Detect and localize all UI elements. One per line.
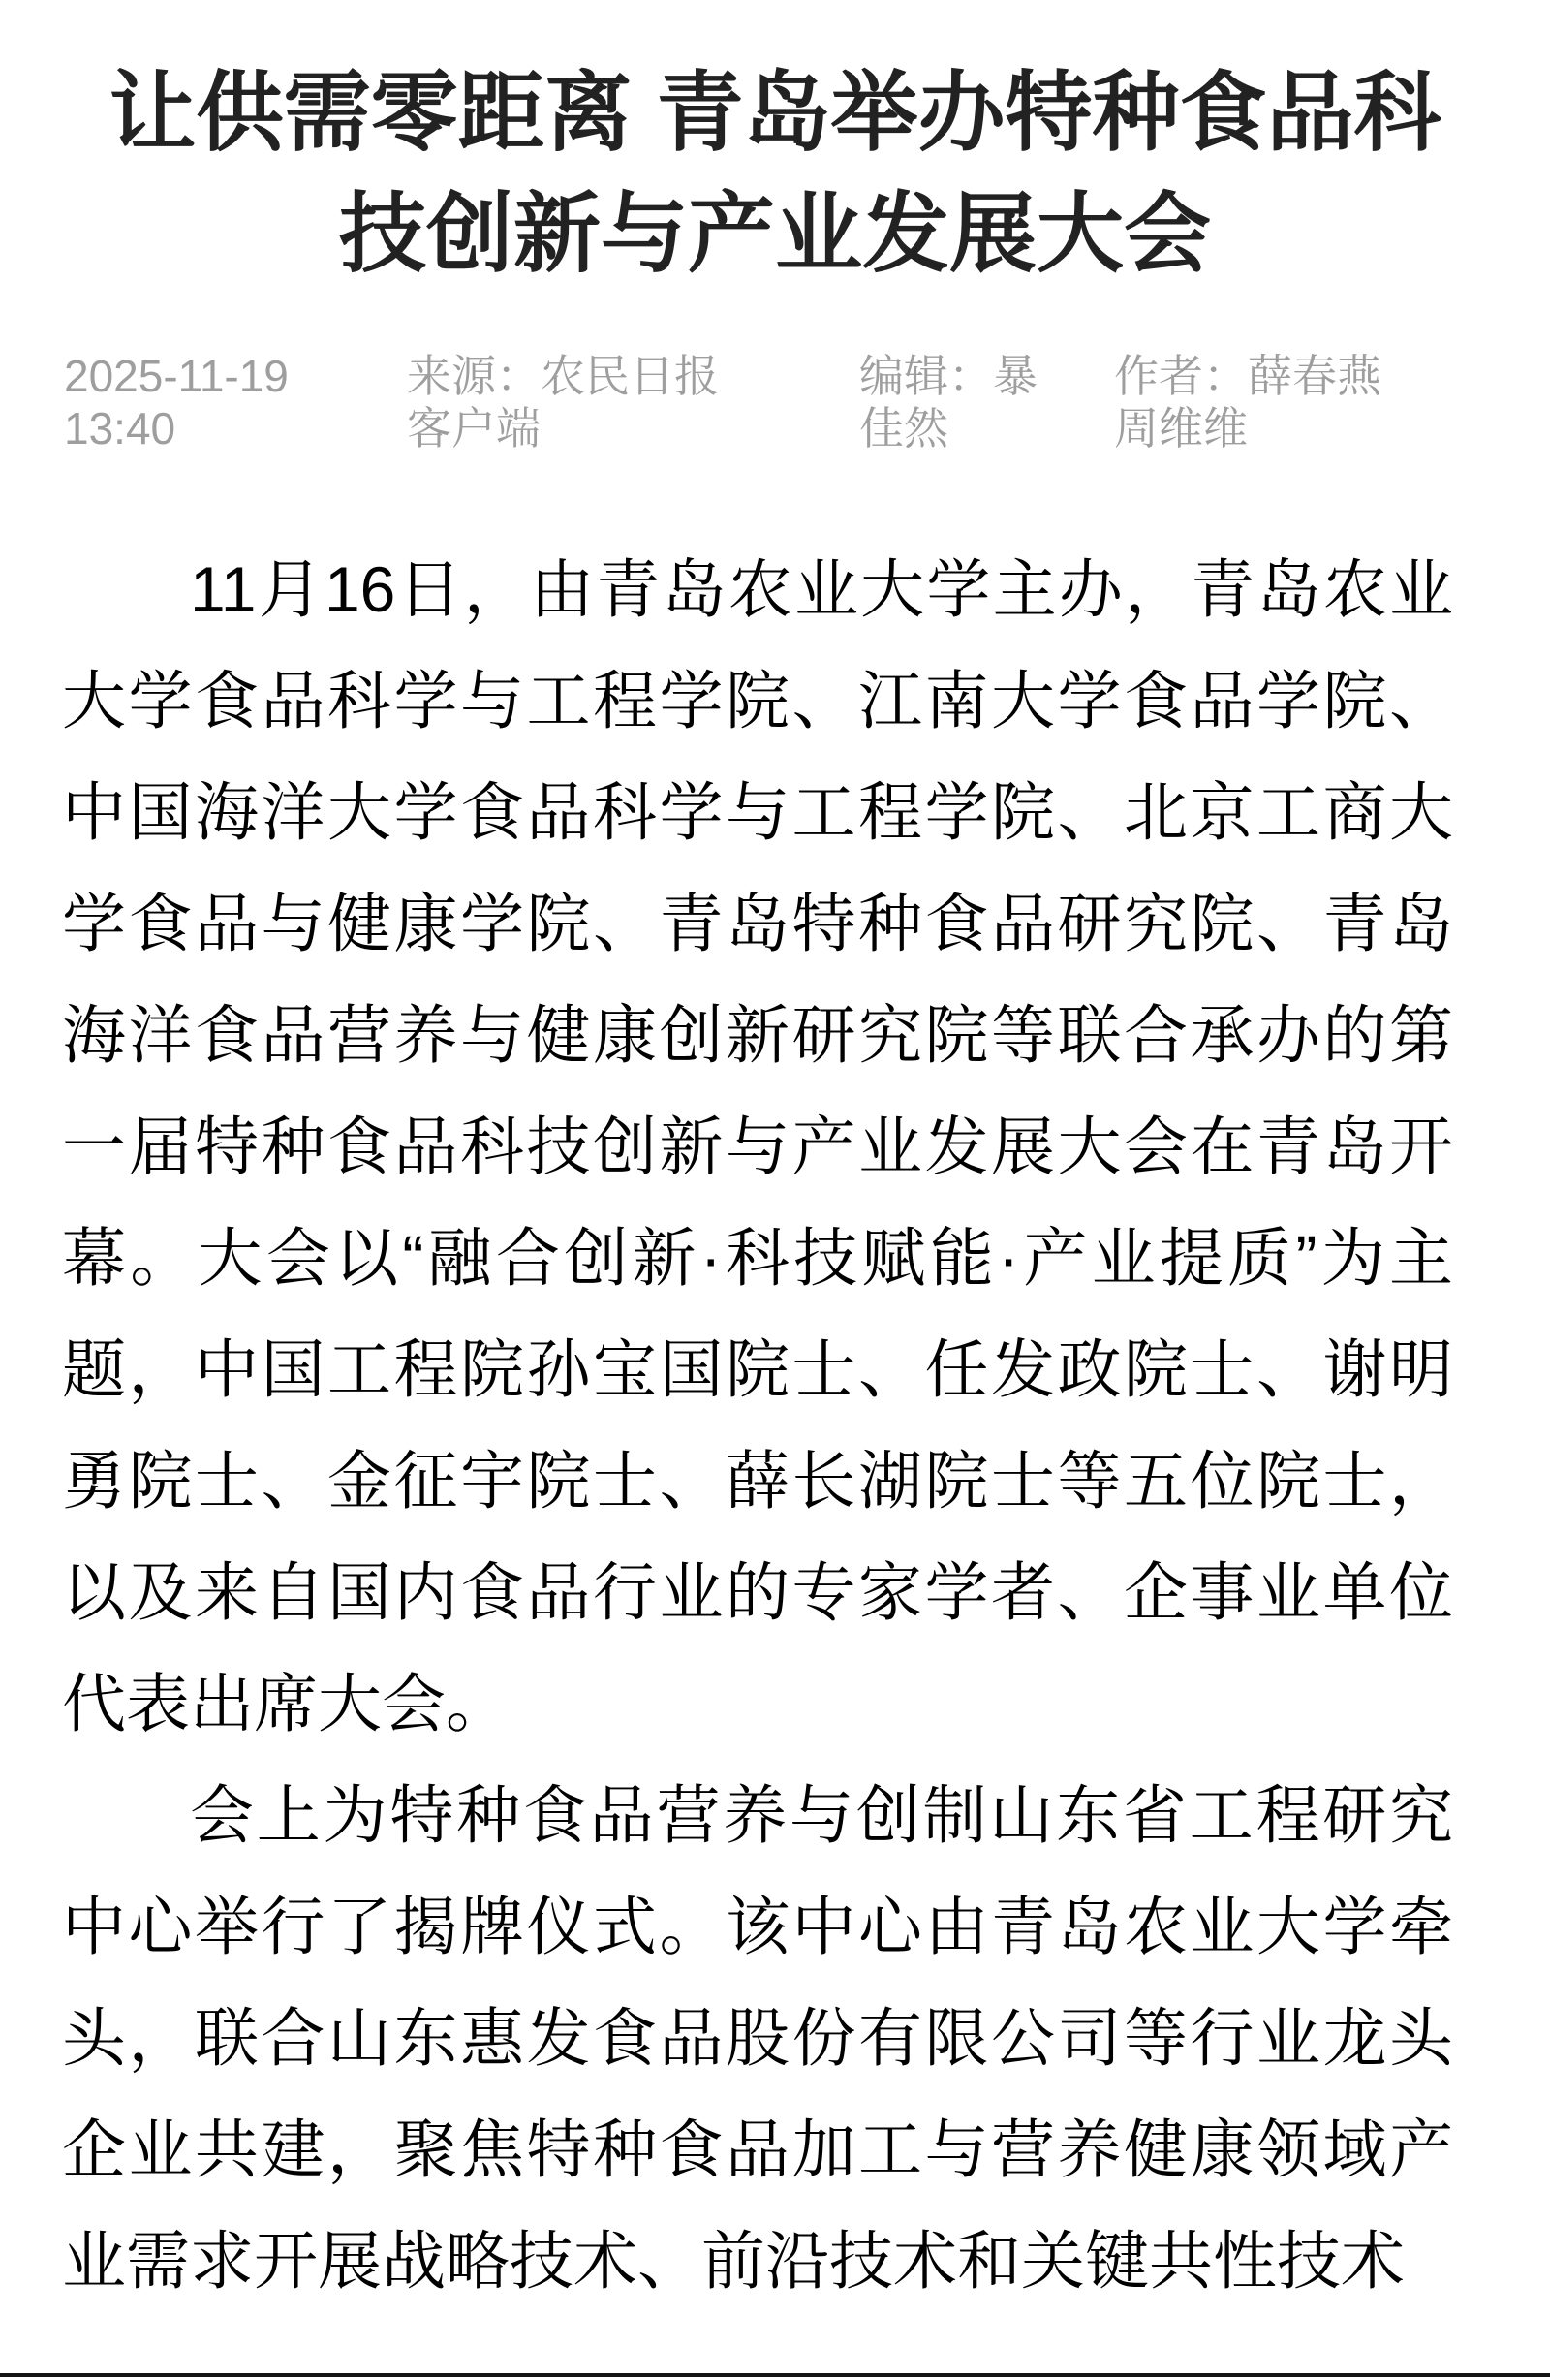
bottom-divider: [0, 2373, 1550, 2377]
article-paragraph: 11月16日，由青岛农业大学主办，青岛农业大学食品科学与工程学院、江南大学食品学…: [62, 534, 1453, 1760]
publish-datetime: 2025-11-19 13:40: [64, 350, 306, 454]
article-title: 让供需零距离 青岛举办特种食品科技创新与产业发展大会: [0, 0, 1550, 296]
article-paragraph: 会上为特种食品营养与创制山东省工程研究中心举行了揭牌仪式。该中心由青岛农业大学牵…: [62, 1760, 1453, 2317]
source-label: 来源：农民日报客户端: [407, 350, 736, 454]
article: 让供需零距离 青岛举办特种食品科技创新与产业发展大会 2025-11-19 13…: [0, 0, 1550, 2380]
editor-label: 编辑：暴佳然: [859, 350, 1048, 454]
article-body: 11月16日，由青岛农业大学主办，青岛农业大学食品科学与工程学院、江南大学食品学…: [0, 534, 1550, 2317]
author-label: 作者：薛春燕 周维维: [1114, 350, 1424, 454]
article-meta-row: 2025-11-19 13:40 来源：农民日报客户端 编辑：暴佳然 作者：薛春…: [0, 350, 1550, 454]
